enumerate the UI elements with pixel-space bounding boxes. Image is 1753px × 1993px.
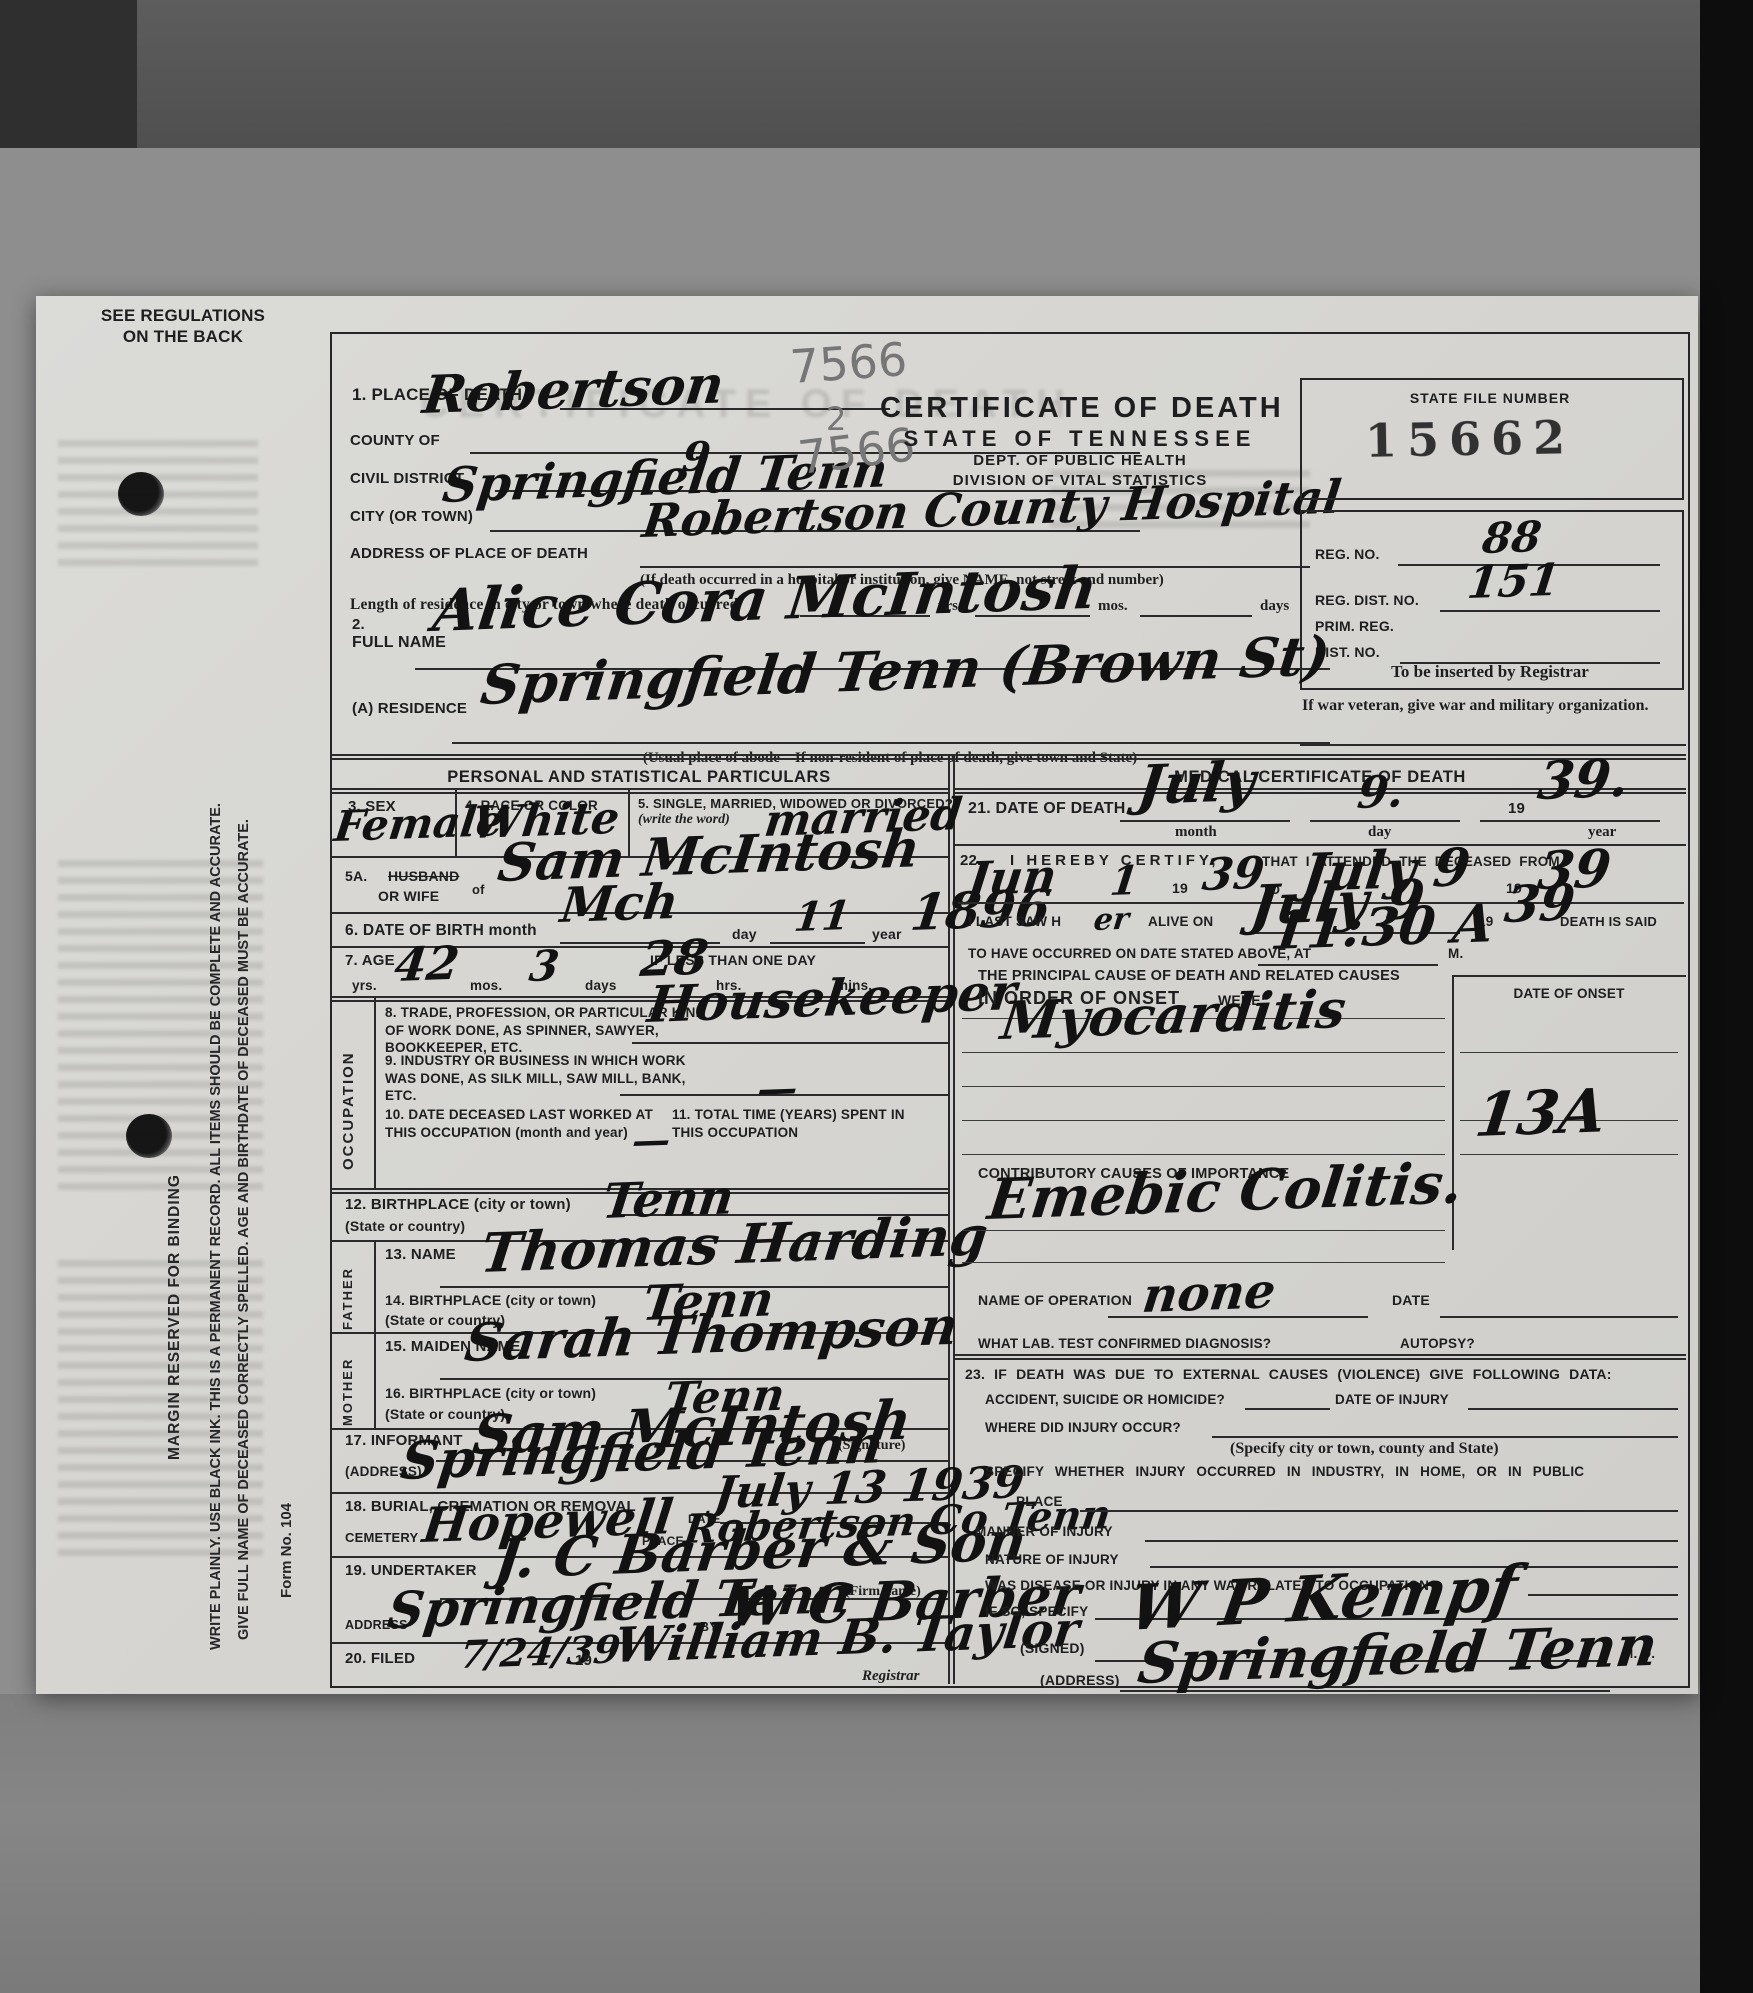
physician-address-label: (ADDRESS) (1040, 1672, 1120, 1688)
see-regulations-note: SEE REGULATIONS ON THE BACK (90, 305, 276, 348)
death-is-said-label: DEATH IS SAID (1560, 914, 1657, 929)
if-so-specify-label: IF SO, SPECIFY (985, 1604, 1088, 1619)
attended-from-19-printed: 19 (1172, 880, 1188, 896)
m-word: M. (1448, 946, 1463, 961)
physician-address-handwriting: Springfield Tenn (1135, 1618, 1660, 1692)
mother-side-label: MOTHER (340, 1336, 355, 1426)
operation-none-handwriting: none (1140, 1267, 1278, 1320)
occurred-label: TO HAVE OCCURRED ON DATE STATED ABOVE, A… (968, 946, 1311, 961)
onset-value-handwriting: 13A (1472, 1081, 1609, 1146)
margin-reserved-binding: MARGIN RESERVED FOR BINDING (166, 980, 184, 1460)
mos-label: mos. (1098, 598, 1128, 615)
age-label: 7. AGE (345, 952, 395, 969)
operation-date-label: DATE (1392, 1292, 1430, 1308)
accident-label: ACCIDENT, SUICIDE OR HOMICIDE? (985, 1392, 1225, 1407)
age-mos-handwriting: 3 (527, 945, 561, 988)
see-regulations-line2: ON THE BACK (123, 327, 243, 346)
month-word: month (1175, 824, 1217, 841)
operation-label: NAME OF OPERATION (978, 1292, 1132, 1308)
signed-label: (SIGNED) (1020, 1640, 1085, 1656)
dob-day-handwriting: 11 (792, 896, 853, 938)
filed-19-printed: 19 (575, 1652, 592, 1669)
division-title: DIVISION OF VITAL STATISTICS (880, 472, 1280, 489)
item11-total-time-label: 11. TOTAL TIME (YEARS) SPENT IN THIS OCC… (672, 1106, 932, 1141)
age-mos-word: mos. (470, 978, 502, 993)
lab-test-label: WHAT LAB. TEST CONFIRMED DIAGNOSIS? (978, 1336, 1271, 1351)
scanner-right-band (1700, 0, 1753, 1993)
death-certificate-scan: SEE REGULATIONS ON THE BACK GIVE FULL NA… (0, 0, 1753, 1993)
form-number: Form No. 104 (278, 1448, 295, 1598)
residence-label: (A) RESIDENCE (352, 700, 467, 717)
manner-of-injury-label: MANNER OF INJURY (975, 1524, 1113, 1539)
age-days-word: days (585, 978, 617, 993)
nature-of-injury-label: NATURE OF INJURY (985, 1552, 1119, 1567)
reg-no-label: REG. NO. (1315, 546, 1380, 562)
certificate-title: CERTIFICATE OF DEATH (880, 392, 1280, 425)
county-label: COUNTY OF (350, 432, 440, 449)
age-yrs-word: yrs. (352, 978, 377, 993)
item9-industry-label: 9. INDUSTRY OR BUSINESS IN WHICH WORK WA… (385, 1052, 715, 1105)
contributory-handwriting: Emebic Colitis. (985, 1155, 1466, 1228)
item16-birthplace-label: 16. BIRTHPLACE (city or town) (385, 1385, 596, 1401)
industry-dash-handwriting: — (755, 1068, 800, 1110)
date-of-onset-label: DATE OF ONSET (1452, 986, 1686, 1001)
registrar-word: Registrar (862, 1668, 920, 1685)
item5a-number: 5A. (345, 868, 367, 884)
death-day-handwriting: 9. (1355, 770, 1406, 816)
reg-dist-no-value-handwriting: 151 (1465, 559, 1562, 606)
pencil-number-top: 7566 (788, 332, 909, 394)
death-month-handwriting: July (1135, 754, 1258, 812)
age-yrs-handwriting: 42 (392, 940, 462, 988)
state-file-number-label: STATE FILE NUMBER (1300, 390, 1680, 406)
attended-from-day-handwriting: 1 (1108, 861, 1141, 902)
spouse-value-handwriting: Sam McIntosh (495, 823, 923, 890)
principal-cause-handwriting: Myocarditis (998, 984, 1349, 1048)
reg-dist-no-label: REG. DIST. NO. (1315, 592, 1419, 608)
war-veteran-note: If war veteran, give war and military or… (1302, 696, 1688, 715)
item20-filed-label: 20. FILED (345, 1650, 415, 1667)
where-injury-label: WHERE DID INJURY OCCUR? (985, 1420, 1181, 1435)
filed-date-handwriting: 7/24/39 (458, 1630, 623, 1674)
item21-date-of-death-label: 21. DATE OF DEATH (968, 800, 1126, 818)
item12-birthplace-label: 12. BIRTHPLACE (city or town) (345, 1196, 571, 1213)
last-worked-dash-handwriting: — (630, 1120, 673, 1160)
specify-city-note: (Specify city or town, county and State) (1230, 1440, 1499, 1458)
scanner-top-band (0, 0, 1753, 148)
item23-label: 23. IF DEATH WAS DUE TO EXTERNAL CAUSES … (965, 1366, 1612, 1382)
or-wife-label: OR WIFE (378, 888, 439, 904)
death-year-handwriting: 39. (1535, 753, 1632, 808)
dob-day-word: day (732, 926, 757, 942)
item2-number: 2. (352, 616, 365, 633)
scanner-top-left-band (0, 0, 137, 148)
dept-title: DEPT. OF PUBLIC HEALTH (880, 452, 1280, 469)
occupation-side-label: OCCUPATION (340, 1020, 357, 1170)
margin-instruction-write-plainly: WRITE PLAINLY. USE BLACK INK. THIS IS A … (208, 690, 224, 1650)
margin-instruction-give-full-name: GIVE FULL NAME OF DECEASED CORRECTLY SPE… (236, 700, 252, 1640)
see-regulations-line1: SEE REGULATIONS (101, 306, 265, 325)
personal-section-title: PERSONAL AND STATISTICAL PARTICULARS (330, 768, 948, 787)
insert-by-registrar-note: To be inserted by Registrar (1300, 662, 1680, 682)
item19-undertaker-label: 19. UNDERTAKER (345, 1562, 477, 1579)
last-saw-her-handwriting: er (1092, 905, 1131, 936)
scanner-bottom-band (0, 1694, 1753, 1993)
specify-whether-label: SPECIFY WHETHER INJURY OCCURRED IN INDUS… (985, 1464, 1584, 1479)
day-word: day (1368, 824, 1391, 841)
cemetery-label: CEMETERY (345, 1530, 418, 1545)
dob-month-handwriting: Mch (558, 878, 681, 930)
attended-from-month-handwriting: Jun (965, 853, 1059, 902)
last-saw-label-2: ALIVE ON (1148, 914, 1213, 929)
item12-state-country-note: (State or country) (345, 1218, 465, 1234)
item13-name-label: 13. NAME (385, 1246, 456, 1263)
death-year-19-printed: 19 (1508, 800, 1525, 817)
bleed-through-block (58, 860, 263, 1190)
state-title: STATE OF TENNESSEE (880, 426, 1280, 452)
bleed-through-block (58, 1260, 263, 1560)
state-file-number-stamp: 15662 (1365, 410, 1576, 468)
address-of-death-label: ADDRESS OF PLACE OF DEATH (350, 545, 588, 562)
of-label: of (472, 882, 485, 897)
reg-no-value-handwriting: 88 (1480, 516, 1544, 560)
father-side-label: FATHER (340, 1244, 355, 1330)
dob-year-word: year (872, 926, 902, 942)
item14-birthplace-label: 14. BIRTHPLACE (city or town) (385, 1292, 596, 1308)
occupation-value-handwriting: Housekeeper (645, 967, 1019, 1030)
last-saw-label-1: I LAST SAW H (968, 914, 1061, 929)
place-word: PLACE (1016, 1494, 1063, 1509)
days-label: days (1260, 598, 1289, 615)
date-of-injury-label: DATE OF INJURY (1335, 1392, 1449, 1407)
autopsy-label: AUTOPSY? (1400, 1336, 1475, 1351)
husband-label-struck: HUSBAND (388, 868, 459, 884)
bleed-through-block (58, 440, 258, 570)
father-name-handwriting: Thomas Harding (478, 1208, 991, 1280)
